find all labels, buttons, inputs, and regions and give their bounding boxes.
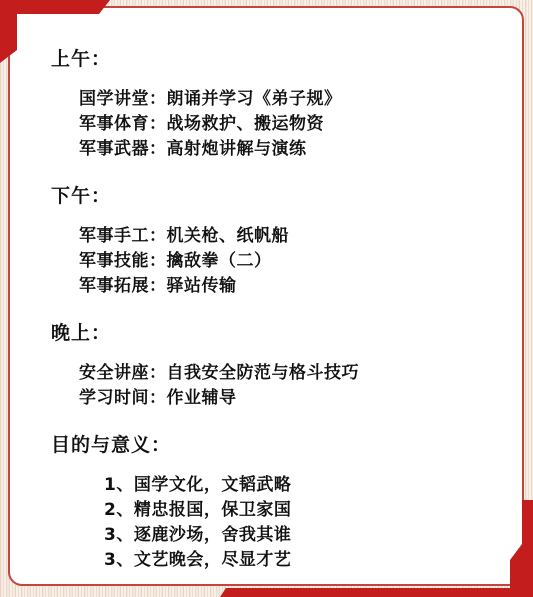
schedule-item: 军事武器：高射炮讲解与演练 [79, 137, 533, 162]
purpose-item: 2、精忠报国，保卫家国 [104, 498, 533, 523]
section-heading-evening: 晚上： [51, 321, 533, 346]
schedule-page: 上午： 国学讲堂：朗诵并学习《弟子规》 军事体育：战场救护、搬运物资 军事武器：… [0, 0, 533, 597]
purpose-item: 3、文艺晚会，尽显才艺 [104, 548, 533, 573]
section-heading-morning: 上午： [51, 47, 533, 72]
schedule-item: 安全讲座：自我安全防范与格斗技巧 [79, 361, 533, 386]
section-items-evening: 安全讲座：自我安全防范与格斗技巧 学习时间：作业辅导 [79, 361, 533, 411]
schedule-item: 军事体育：战场救护、搬运物资 [79, 112, 533, 137]
section-evening: 晚上： 安全讲座：自我安全防范与格斗技巧 学习时间：作业辅导 [0, 321, 533, 411]
schedule-item: 军事手工：机关枪、纸帆船 [79, 224, 533, 249]
schedule-content: 上午： 国学讲堂：朗诵并学习《弟子规》 军事体育：战场救护、搬运物资 军事武器：… [0, 0, 533, 595]
schedule-item: 学习时间：作业辅导 [79, 386, 533, 411]
schedule-item: 国学讲堂：朗诵并学习《弟子规》 [79, 87, 533, 112]
section-heading-purpose: 目的与意义： [51, 433, 533, 458]
section-items-purpose: 1、国学文化，文韬武略 2、精忠报国，保卫家国 3、逐鹿沙场，舍我其谁 3、文艺… [104, 473, 533, 573]
section-heading-afternoon: 下午： [51, 184, 533, 209]
purpose-item: 3、逐鹿沙场，舍我其谁 [104, 523, 533, 548]
section-items-morning: 国学讲堂：朗诵并学习《弟子规》 军事体育：战场救护、搬运物资 军事武器：高射炮讲… [79, 87, 533, 162]
purpose-item: 1、国学文化，文韬武略 [104, 473, 533, 498]
section-purpose: 目的与意义： 1、国学文化，文韬武略 2、精忠报国，保卫家国 3、逐鹿沙场，舍我… [0, 433, 533, 573]
section-items-afternoon: 军事手工：机关枪、纸帆船 军事技能：擒敌拳（二） 军事拓展：驿站传输 [79, 224, 533, 299]
schedule-item: 军事拓展：驿站传输 [79, 274, 533, 299]
schedule-item: 军事技能：擒敌拳（二） [79, 249, 533, 274]
section-afternoon: 下午： 军事手工：机关枪、纸帆船 军事技能：擒敌拳（二） 军事拓展：驿站传输 [0, 184, 533, 299]
section-morning: 上午： 国学讲堂：朗诵并学习《弟子规》 军事体育：战场救护、搬运物资 军事武器：… [0, 47, 533, 162]
